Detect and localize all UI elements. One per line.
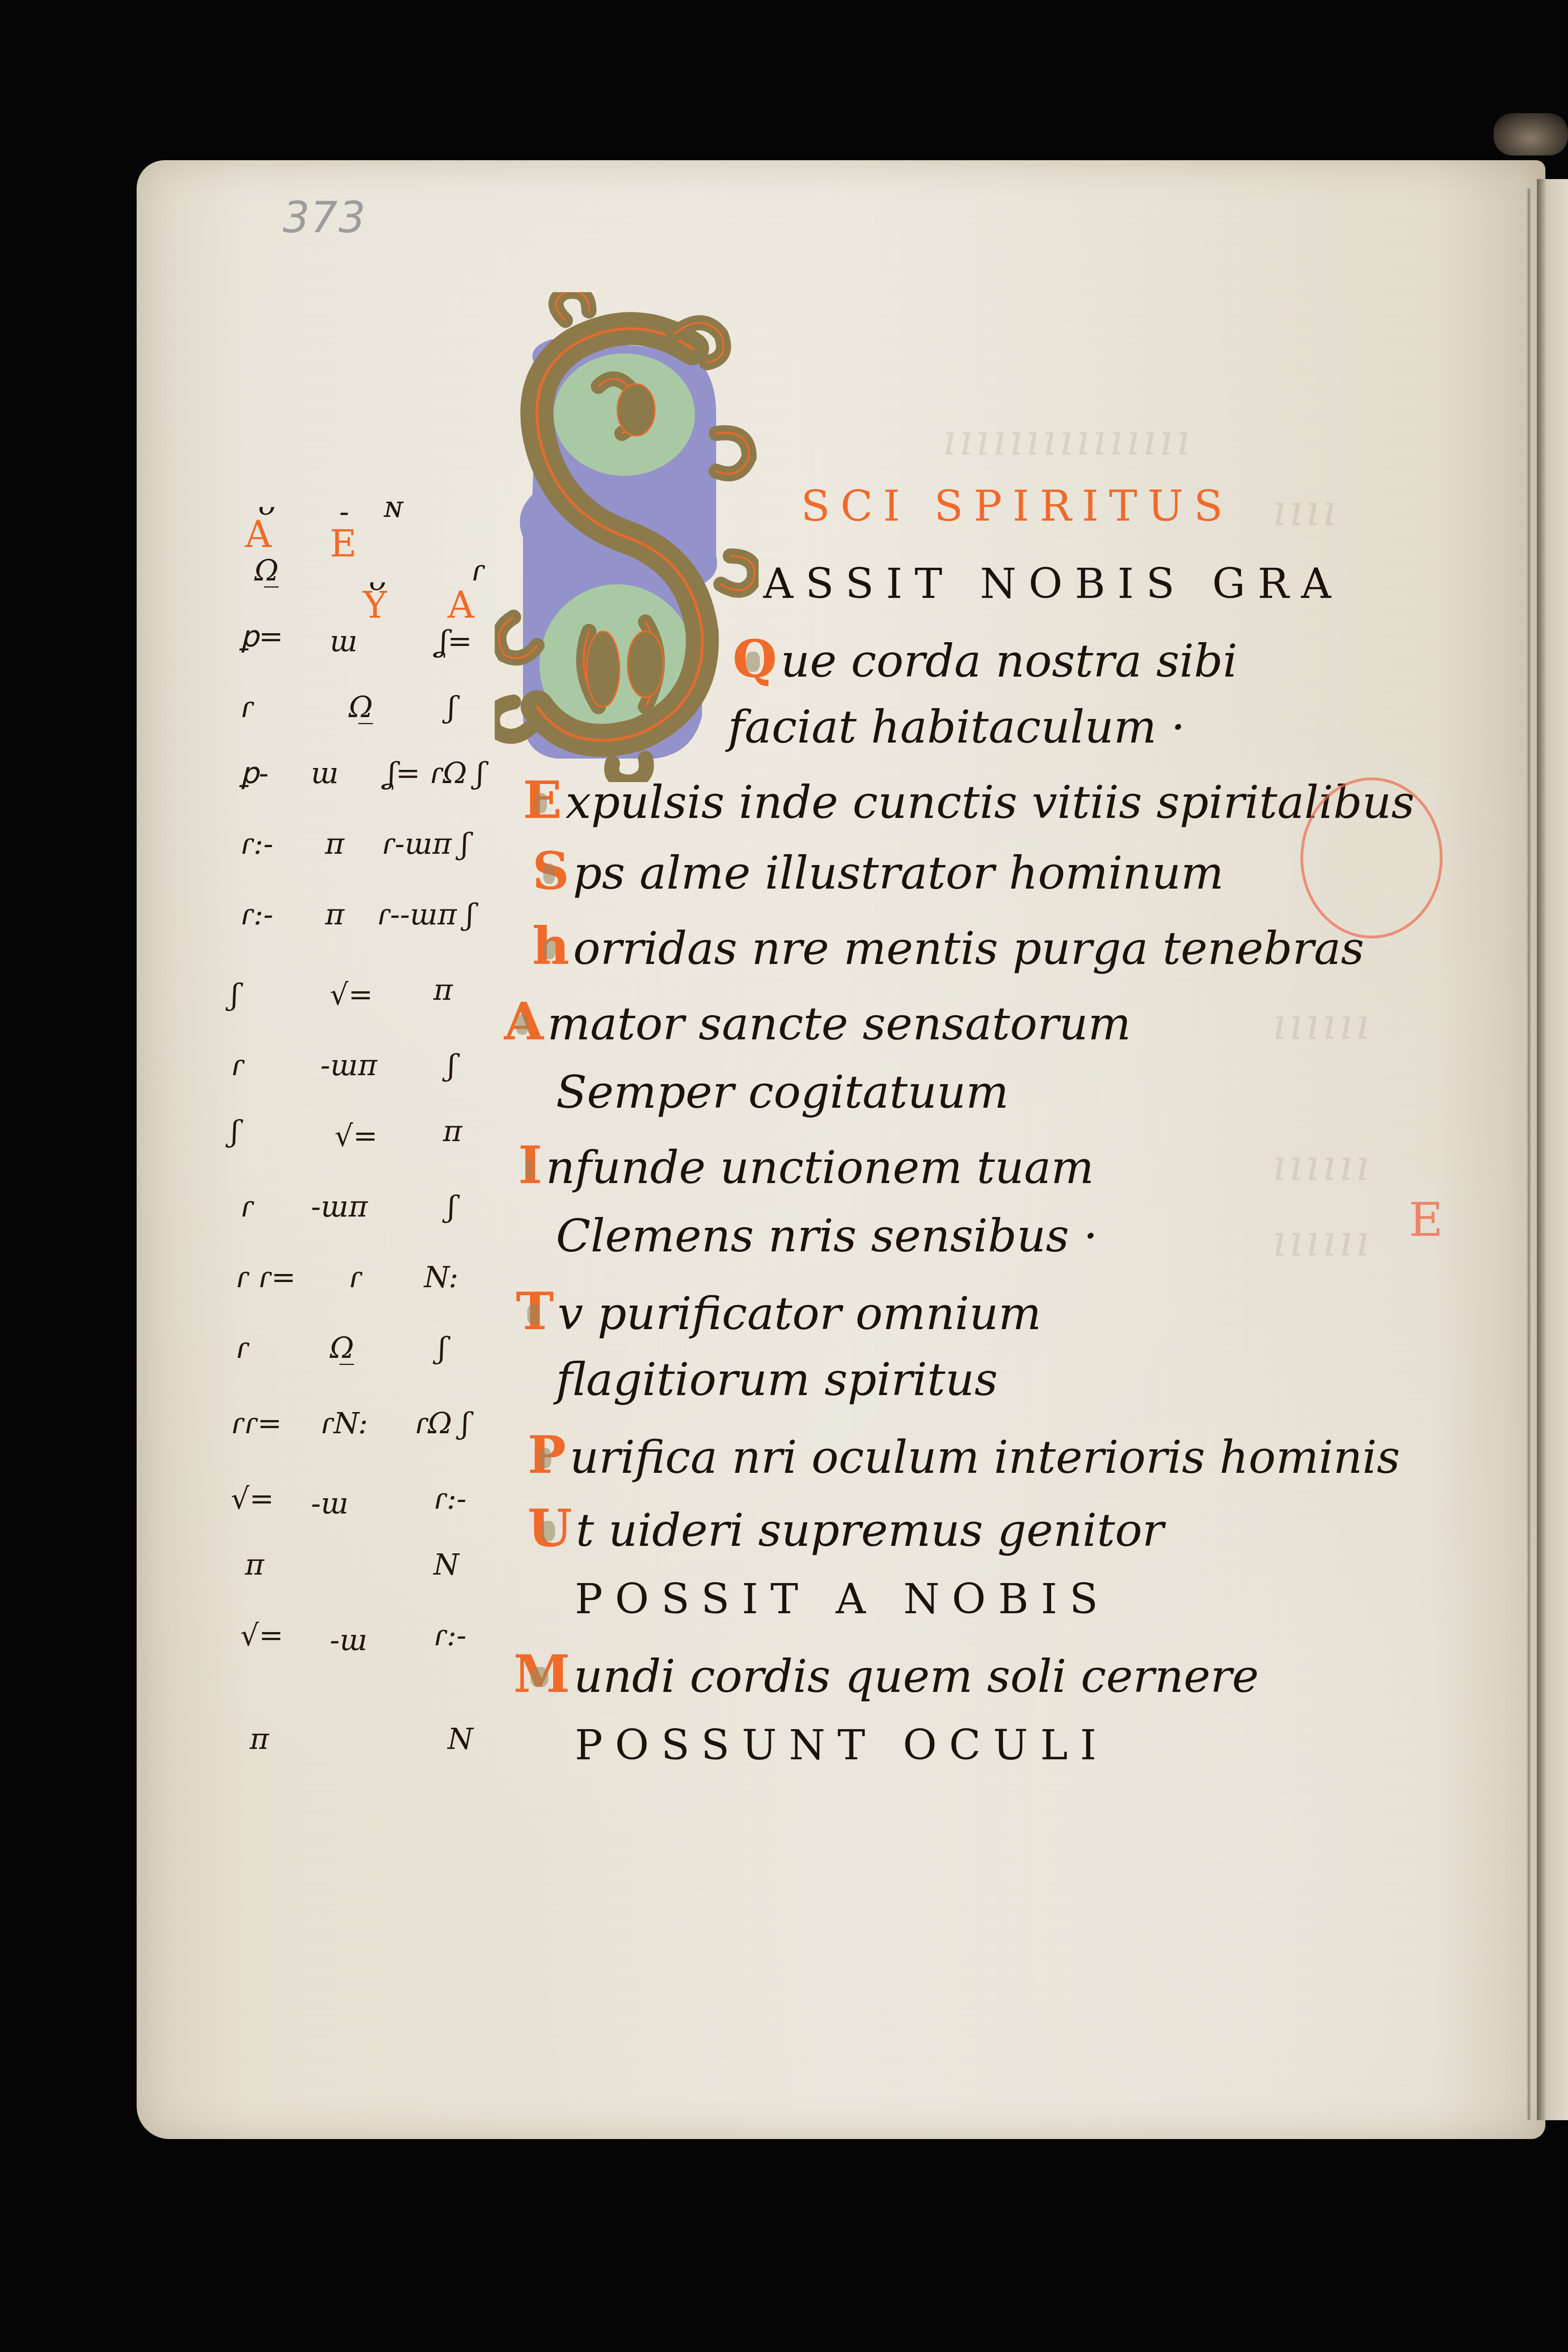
marginal-red-circle (1300, 777, 1443, 939)
line-text: ue corda nostra sibi (781, 635, 1237, 687)
rubricated-capital: A (504, 996, 544, 1047)
neume: ɴ (384, 492, 403, 522)
neume: ɾ ɾ= (236, 1263, 296, 1292)
neume: Ω̲ (349, 693, 373, 722)
binding-fragment (1494, 113, 1568, 155)
neume: π (245, 1550, 264, 1579)
rubricated-capital: S (532, 846, 569, 897)
text-line-4: Expulsis inde cunctis vitiis spiritalibu… (523, 775, 1414, 826)
text-line-10: Clemens nris sensibus · (556, 1213, 1098, 1258)
neume: -ɯ (311, 1489, 349, 1518)
neume: ʃ (448, 693, 456, 722)
neume: π (250, 1724, 269, 1754)
text-line-3: faciat habitaculum · (728, 704, 1185, 750)
neume: √= (330, 980, 373, 1009)
line-text: faciat habitaculum · (728, 701, 1185, 753)
show-through-text: ıııııı (1272, 1140, 1372, 1191)
line-text: POSSIT A NOBIS (575, 1575, 1110, 1623)
neume: ɾ (349, 1263, 362, 1292)
line-text: Clemens nris sensibus · (556, 1209, 1098, 1262)
neume: -ɯπ (320, 1051, 377, 1080)
text-line-5: Sps alme illustrator hominum (532, 846, 1224, 897)
neume: ɾ:- (433, 1484, 466, 1513)
neume: N (433, 1550, 459, 1579)
neume: N (448, 1724, 473, 1754)
line-text: mator sancte sensatorum (547, 997, 1131, 1050)
neume: -ɯπ (311, 1192, 368, 1221)
folio-number: 373 (283, 193, 367, 243)
neume: ʆ= (438, 627, 472, 656)
marginal-red-letter: E (1409, 1192, 1443, 1247)
neume: Ω̲ (254, 556, 278, 585)
rubricated-capital: T (516, 1286, 554, 1337)
line-text: POSSUNT OCULI (575, 1721, 1109, 1769)
neume: ɾ (231, 1051, 244, 1080)
neume: ɾ-ɯπ ʃ (382, 829, 469, 858)
neume: Ω̲ (330, 1333, 354, 1363)
neume: ꝑ- (240, 759, 269, 788)
text-line-15: POSSIT A NOBIS (575, 1578, 1110, 1620)
neume: ɾ (240, 693, 253, 722)
neume: ɾ (240, 1192, 253, 1221)
neume: -ɯ (330, 1625, 367, 1655)
neume: ‐ (339, 497, 349, 526)
neume: ɾN: (320, 1409, 368, 1438)
line-text: Semper cogitatuum (556, 1066, 1009, 1119)
text-line-14: Ut uideri supremus genitor (528, 1503, 1164, 1554)
neume: ɾ (236, 1333, 249, 1363)
neume: ɾ:- (240, 829, 273, 858)
line-text: flagitiorum spiritus (556, 1353, 997, 1406)
text-line-11: Tv purificator omnium (516, 1286, 1041, 1337)
rubricated-capital: I (518, 1140, 542, 1191)
neume: N: (424, 1263, 458, 1292)
neume: ʆ= ɾΩ ʃ (386, 759, 484, 788)
line-text: ps alme illustrator hominum (573, 847, 1224, 899)
line-text: v purificator omnium (557, 1287, 1041, 1340)
line-text: ASSIT NOBIS GRA (763, 559, 1343, 608)
neume: ʃ (231, 980, 239, 1009)
text-line-8: Semper cogitatuum (556, 1070, 1009, 1115)
text-line-13: Purifica nri oculum interioris hominis (528, 1430, 1400, 1481)
text-line-2: Que corda nostra sibi (733, 634, 1237, 685)
neume: ɾ (471, 556, 484, 585)
show-through-text: ıııı (1272, 485, 1339, 536)
line-text: undi cordis quem soli cernere (574, 1650, 1259, 1703)
illuminated-initial-s (495, 292, 759, 782)
text-line-9: Infunde unctionem tuam (518, 1140, 1094, 1191)
neume: ɾ--ɯπ ʃ (377, 900, 474, 929)
neume: ꝑ= (240, 622, 283, 651)
rubric-heading: SCI SPIRITUS (801, 485, 1233, 528)
line-text: xpulsis inde cunctis vitiis spiritalibus (565, 776, 1414, 829)
neume: ᴗ (257, 490, 274, 519)
neume: ɾΩ ʃ (415, 1409, 469, 1438)
neume: π (433, 975, 453, 1004)
text-line-6: horridas nre mentis purga tenebras (532, 921, 1364, 972)
rubricated-capital: h (532, 921, 570, 972)
neume: √= (335, 1121, 377, 1151)
neume: π (325, 829, 344, 858)
neume: ᴗ (367, 565, 385, 595)
text-line-1: ASSIT NOBIS GRA (763, 563, 1343, 604)
rubricated-capital: P (528, 1430, 566, 1481)
show-through-text: ıııııı (1272, 1216, 1372, 1266)
neume: π (443, 1117, 462, 1146)
rubricated-capital: M (514, 1649, 570, 1700)
neume: ɾɾ= (231, 1409, 282, 1438)
text-line-12: flagitiorum spiritus (556, 1357, 997, 1402)
neume: ɯ (330, 627, 358, 656)
neume: ɾ:- (433, 1621, 466, 1650)
neume: ʃ (448, 1051, 456, 1080)
neume: ʃ (448, 1192, 456, 1221)
text-line-7: Amator sancte sensatorum (504, 996, 1131, 1047)
text-line-16: Mundi cordis quem soli cernere (514, 1649, 1259, 1700)
neume: π (325, 900, 344, 929)
rubricated-capital: Q (733, 634, 777, 685)
line-text: urifica nri oculum interioris hominis (570, 1431, 1400, 1484)
neume: √= (231, 1484, 274, 1513)
neume: ɯ (311, 759, 339, 788)
line-text: orridas nre mentis purga tenebras (573, 922, 1364, 975)
rubricated-capital: E (523, 775, 562, 826)
neume: √= (240, 1621, 283, 1650)
neume: ʃ (231, 1117, 239, 1146)
neume: ʃ (438, 1333, 446, 1363)
text-line-17: POSSUNT OCULI (575, 1724, 1109, 1766)
line-text: nfunde unctionem tuam (546, 1141, 1094, 1194)
show-through-text: ııııııııııııııı (942, 415, 1192, 465)
gutter-shadow (1527, 188, 1531, 2120)
margin-rubric-letter: A (448, 584, 474, 627)
show-through-text: ıııııı (1272, 999, 1372, 1049)
neume: ɾ:- (240, 900, 273, 929)
rubricated-capital: U (528, 1503, 572, 1554)
margin-rubric-letter: E (330, 523, 357, 565)
line-text: t uideri supremus genitor (576, 1504, 1164, 1557)
adjacent-page-edge (1537, 179, 1568, 2120)
